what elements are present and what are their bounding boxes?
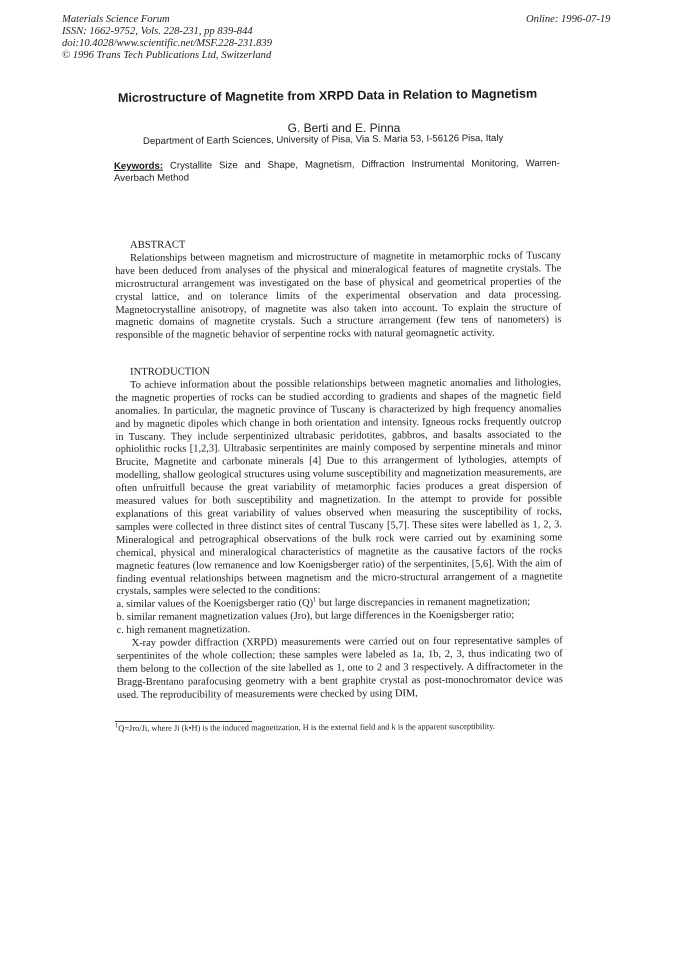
keywords-text: Crystallite Size and Shape, Magnetism, D… — [114, 158, 560, 184]
abstract-section: ABSTRACT Relationships between magnetism… — [115, 237, 562, 343]
footnote: 1Q=Jro/Ji, where Ji (k•H) is the induced… — [115, 722, 575, 734]
journal-name: Materials Science Forum — [62, 14, 272, 26]
condition-a-suffix: but large discrepancies in remanent magn… — [316, 597, 530, 609]
introduction-paragraph-1: To achieve information about the possibl… — [115, 377, 562, 599]
introduction-section: INTRODUCTION To achieve information abou… — [115, 364, 563, 702]
condition-a-text: a. similar values of the Koenigsberger r… — [116, 598, 313, 610]
journal-header: Materials Science Forum ISSN: 1662-9752,… — [62, 14, 272, 62]
introduction-paragraph-2: X-ray powder diffraction (XRPD) measurem… — [117, 635, 563, 702]
doi-line: doi:10.4028/www.scientific.net/MSF.228-2… — [62, 38, 272, 50]
copyright-line: © 1996 Trans Tech Publications Ltd, Swit… — [62, 50, 272, 62]
paper-title: Microstructure of Magnetite from XRPD Da… — [118, 86, 568, 105]
online-date: Online: 1996-07-19 — [526, 14, 610, 26]
paper-authors: G. Berti and E. Pinna — [0, 121, 678, 135]
footnote-divider — [115, 721, 252, 722]
footnote-text: Q=Jro/Ji, where Ji (k•H) is the induced … — [118, 722, 495, 733]
keywords-label: Keywords: — [114, 161, 163, 172]
abstract-text: Relationships between magnetism and micr… — [115, 250, 562, 343]
keywords-block: Keywords: Crystallite Size and Shape, Ma… — [114, 158, 560, 185]
issn-line: ISSN: 1662-9752, Vols. 228-231, pp 839-8… — [62, 26, 272, 38]
paper-affiliation: Department of Earth Sciences, University… — [143, 133, 503, 147]
